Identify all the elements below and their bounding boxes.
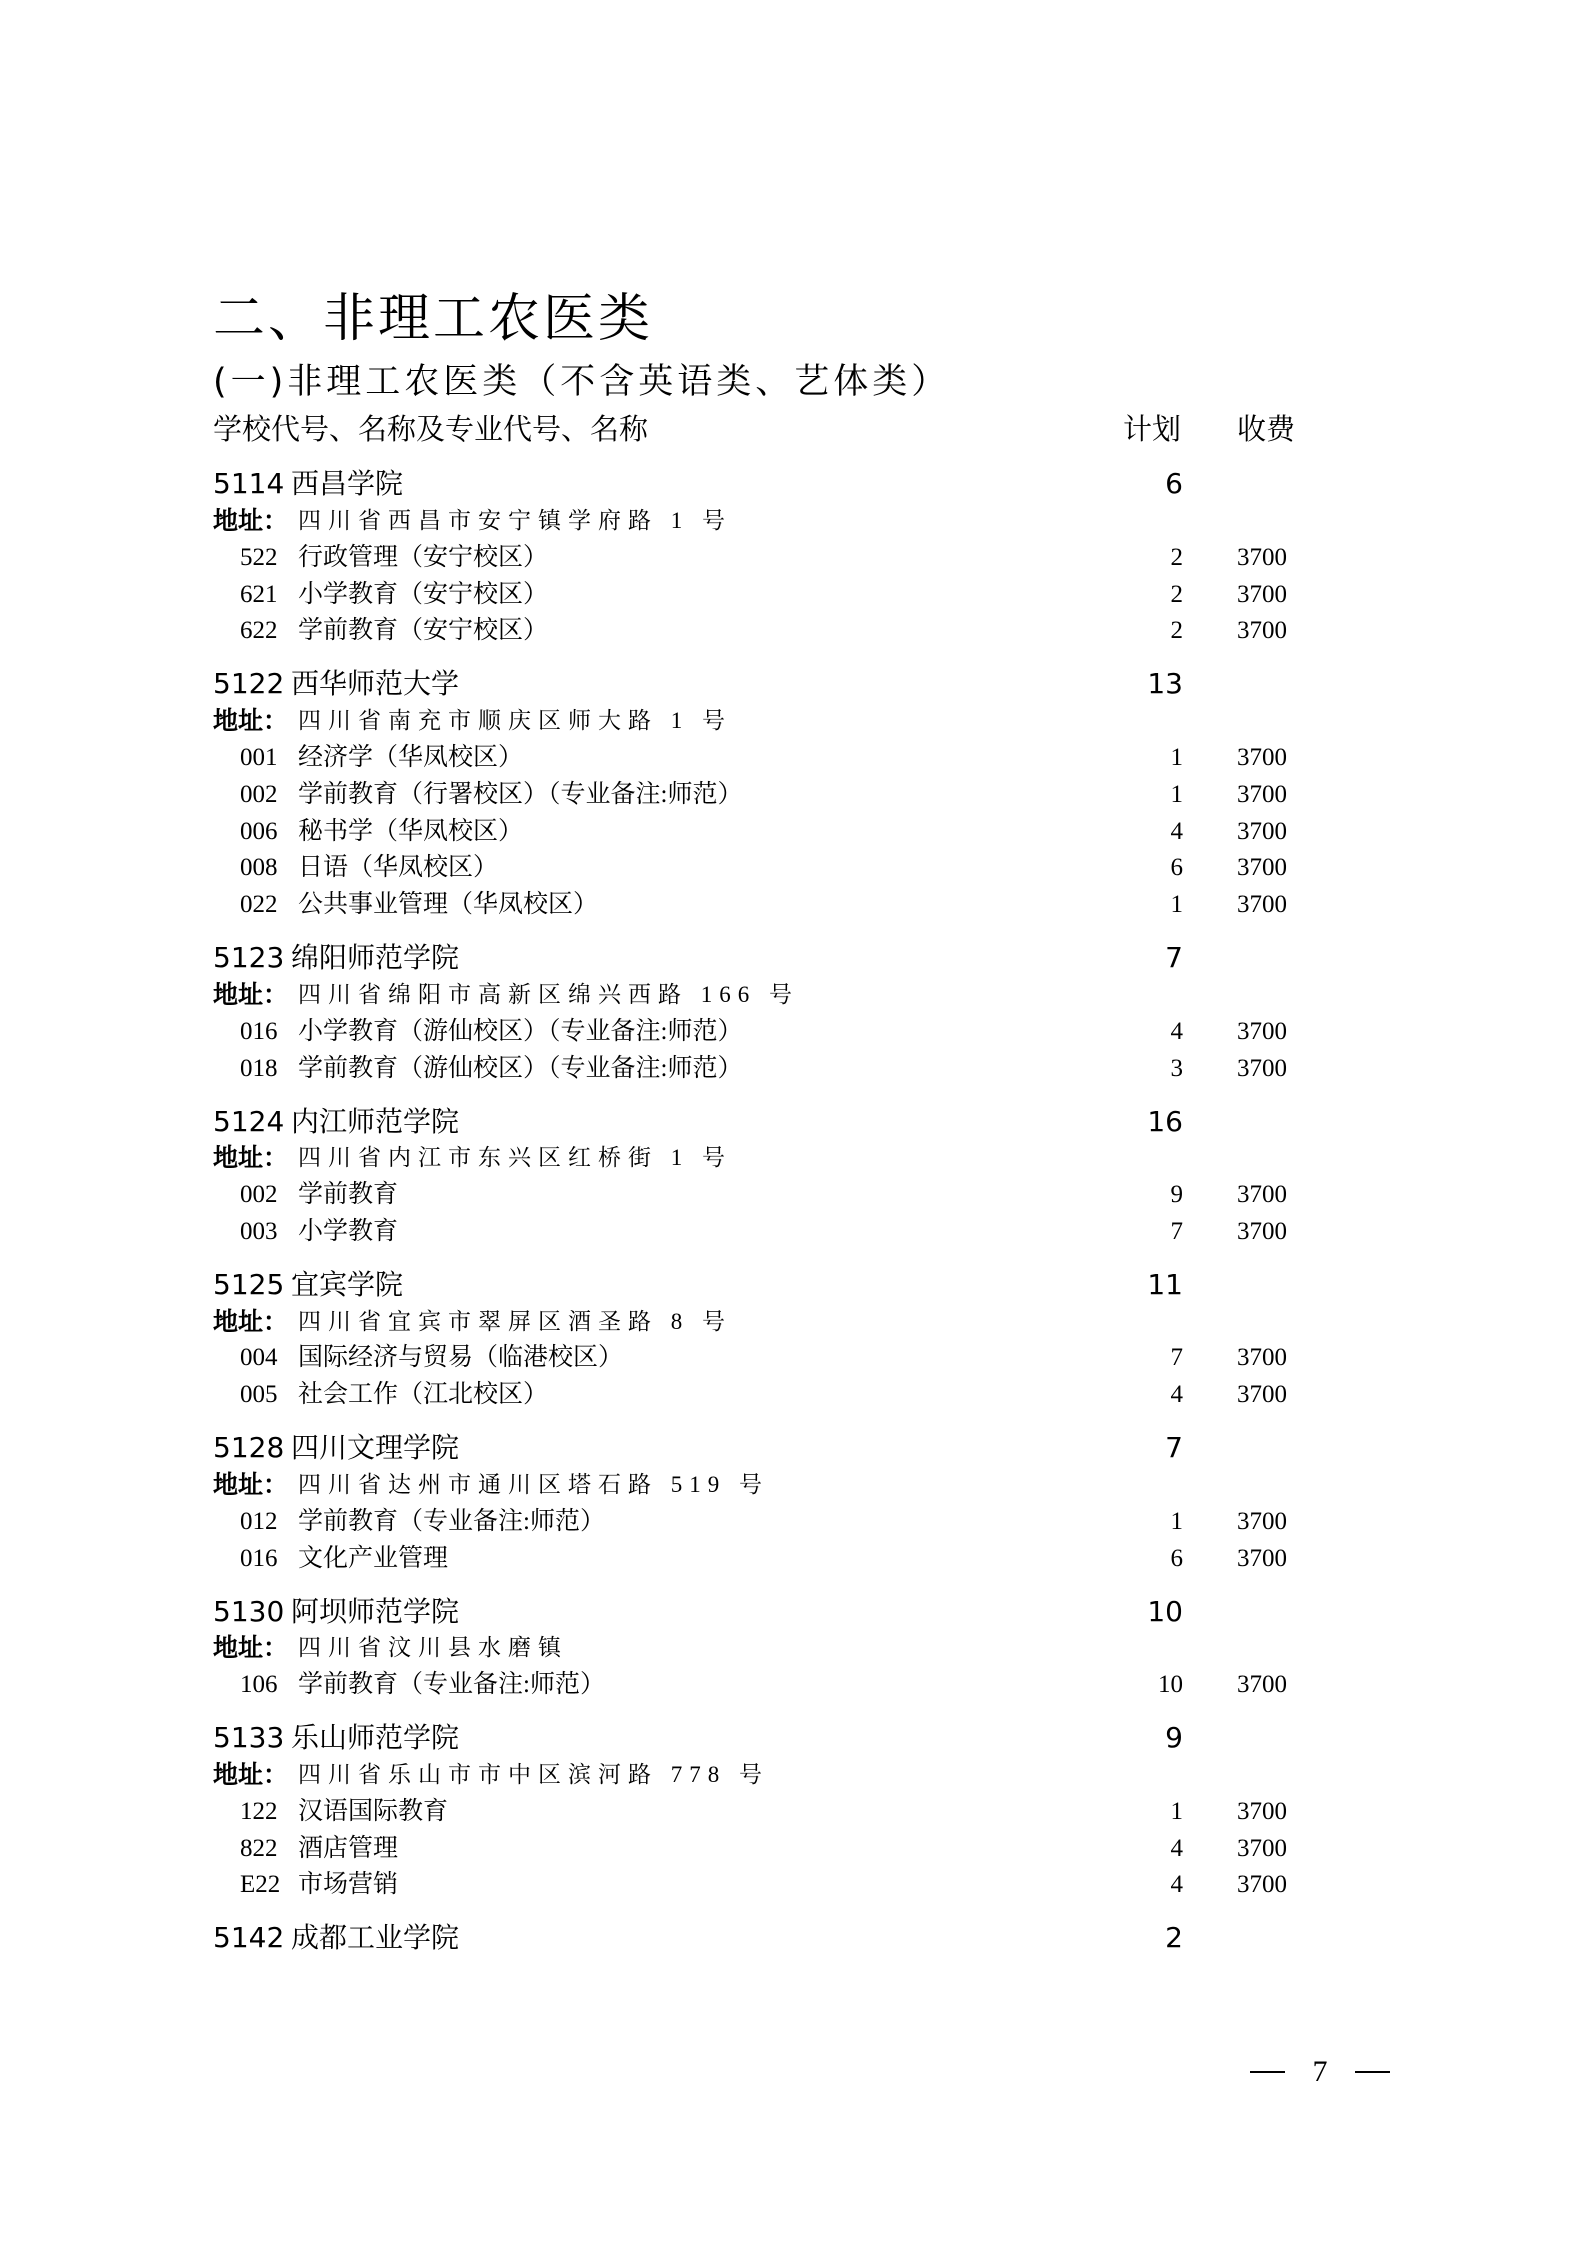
major-code: 022 [240, 887, 278, 924]
major-fee: 3700 [1237, 577, 1287, 614]
major-plan: 1 [1171, 1504, 1184, 1541]
address-row: 地址：四川省内江市东兴区红桥街 1 号 [213, 1140, 1373, 1177]
major-code: E22 [240, 1867, 280, 1904]
major-code: 008 [240, 850, 278, 887]
school-name: 西华师范大学 [291, 666, 459, 703]
major-fee: 3700 [1237, 1831, 1287, 1868]
major-row: 106学前教育（专业备注:师范）103700 [213, 1667, 1373, 1704]
major-name: 秘书学（华凤校区） [298, 814, 523, 851]
major-row: 622学前教育（安宁校区）23700 [213, 613, 1373, 650]
school-code: 5122 [213, 666, 284, 703]
major-row: 012学前教育（专业备注:师范）13700 [213, 1504, 1373, 1541]
school-row: 5125宜宾学院11 [213, 1267, 1373, 1304]
major-code: 016 [240, 1541, 278, 1578]
major-name: 学前教育 [298, 1177, 398, 1214]
major-name: 小学教育 [298, 1214, 398, 1251]
school-row: 5133乐山师范学院9 [213, 1720, 1373, 1757]
major-name: 学前教育（安宁校区） [298, 613, 548, 650]
address-text: 四川省西昌市安宁镇学府路 1 号 [298, 503, 732, 540]
address-row: 地址：四川省宜宾市翠屏区酒圣路 8 号 [213, 1304, 1373, 1341]
major-code: 012 [240, 1504, 278, 1541]
major-plan: 4 [1171, 1014, 1184, 1051]
school-list: 5114西昌学院6地址：四川省西昌市安宁镇学府路 1 号522行政管理（安宁校区… [213, 450, 1373, 1957]
column-header-plan: 计划 [1123, 411, 1181, 447]
address-label: 地址： [213, 1757, 288, 1794]
school-name: 阿坝师范学院 [291, 1594, 459, 1631]
column-header-name: 学校代号、名称及专业代号、名称 [213, 411, 648, 447]
school-row: 5114西昌学院6 [213, 466, 1373, 503]
major-fee: 3700 [1237, 540, 1287, 577]
major-name: 小学教育（安宁校区） [298, 577, 548, 614]
school-code: 5125 [213, 1267, 284, 1304]
school-plan: 7 [1165, 940, 1183, 977]
address-text: 四川省汶川县水磨镇 [298, 1630, 568, 1667]
major-fee: 3700 [1237, 814, 1287, 851]
major-fee: 3700 [1237, 1214, 1287, 1251]
major-name: 小学教育（游仙校区）（专业备注:师范） [298, 1014, 742, 1051]
major-name: 学前教育（专业备注:师范） [298, 1504, 605, 1541]
major-row: 002学前教育（行署校区）（专业备注:师范）13700 [213, 777, 1373, 814]
school-name: 四川文理学院 [291, 1430, 459, 1467]
major-row: E22市场营销43700 [213, 1867, 1373, 1904]
major-plan: 2 [1171, 577, 1184, 614]
major-row: 122汉语国际教育13700 [213, 1794, 1373, 1831]
school-name: 乐山师范学院 [291, 1720, 459, 1757]
major-fee: 3700 [1237, 740, 1287, 777]
major-fee: 3700 [1237, 1377, 1287, 1414]
school-code: 5114 [213, 466, 284, 503]
address-label: 地址： [213, 977, 288, 1014]
major-name: 日语（华凤校区） [298, 850, 498, 887]
major-row: 016小学教育（游仙校区）（专业备注:师范）43700 [213, 1014, 1373, 1051]
address-text: 四川省南充市顺庆区师大路 1 号 [298, 703, 732, 740]
school-name: 成都工业学院 [291, 1920, 459, 1957]
address-row: 地址：四川省汶川县水磨镇 [213, 1630, 1373, 1667]
address-row: 地址：四川省南充市顺庆区师大路 1 号 [213, 703, 1373, 740]
major-code: 522 [240, 540, 278, 577]
major-fee: 3700 [1237, 850, 1287, 887]
major-row: 022公共事业管理（华凤校区）13700 [213, 887, 1373, 924]
major-name: 国际经济与贸易（临港校区） [298, 1340, 623, 1377]
major-row: 621小学教育（安宁校区）23700 [213, 577, 1373, 614]
school-code: 5133 [213, 1720, 284, 1757]
major-name: 市场营销 [298, 1867, 398, 1904]
major-code: 004 [240, 1340, 278, 1377]
major-fee: 3700 [1237, 1504, 1287, 1541]
major-plan: 1 [1171, 740, 1184, 777]
major-fee: 3700 [1237, 777, 1287, 814]
major-row: 016文化产业管理63700 [213, 1541, 1373, 1578]
address-row: 地址：四川省绵阳市高新区绵兴西路 166 号 [213, 977, 1373, 1014]
major-name: 行政管理（安宁校区） [298, 540, 548, 577]
major-plan: 6 [1171, 850, 1184, 887]
address-label: 地址： [213, 1467, 288, 1504]
major-plan: 2 [1171, 540, 1184, 577]
page-number: 7 [1250, 2052, 1390, 2092]
major-plan: 3 [1171, 1051, 1184, 1088]
major-plan: 1 [1171, 1794, 1184, 1831]
major-code: 002 [240, 777, 278, 814]
address-row: 地址：四川省西昌市安宁镇学府路 1 号 [213, 503, 1373, 540]
school-plan: 7 [1165, 1430, 1183, 1467]
address-label: 地址： [213, 1630, 288, 1667]
major-row: 003小学教育73700 [213, 1214, 1373, 1251]
major-plan: 4 [1171, 814, 1184, 851]
major-row: 004国际经济与贸易（临港校区）73700 [213, 1340, 1373, 1377]
major-plan: 7 [1171, 1340, 1184, 1377]
school-row: 5123绵阳师范学院7 [213, 940, 1373, 977]
address-text: 四川省绵阳市高新区绵兴西路 166 号 [298, 977, 799, 1014]
address-label: 地址： [213, 1304, 288, 1341]
address-row: 地址：四川省乐山市市中区滨河路 778 号 [213, 1757, 1373, 1794]
school-code: 5130 [213, 1594, 284, 1631]
page-number-value: 7 [1313, 2052, 1328, 2092]
major-code: 003 [240, 1214, 278, 1251]
major-code: 001 [240, 740, 278, 777]
major-plan: 1 [1171, 777, 1184, 814]
address-label: 地址： [213, 1140, 288, 1177]
school-plan: 2 [1165, 1920, 1183, 1957]
major-fee: 3700 [1237, 887, 1287, 924]
school-row: 5122西华师范大学13 [213, 666, 1373, 703]
school-name: 宜宾学院 [291, 1267, 403, 1304]
major-row: 005社会工作（江北校区）43700 [213, 1377, 1373, 1414]
school-plan: 16 [1147, 1104, 1183, 1141]
address-text: 四川省内江市东兴区红桥街 1 号 [298, 1140, 732, 1177]
major-fee: 3700 [1237, 1541, 1287, 1578]
major-name: 酒店管理 [298, 1831, 398, 1868]
major-code: 822 [240, 1831, 278, 1868]
major-fee: 3700 [1237, 1051, 1287, 1088]
address-text: 四川省乐山市市中区滨河路 778 号 [298, 1757, 769, 1794]
school-code: 5142 [213, 1920, 284, 1957]
subsection-heading: (一)非理工农医类（不含英语类、艺体类） [213, 361, 950, 403]
major-name: 社会工作（江北校区） [298, 1377, 548, 1414]
major-row: 002学前教育93700 [213, 1177, 1373, 1214]
school-plan: 11 [1147, 1267, 1183, 1304]
major-fee: 3700 [1237, 1340, 1287, 1377]
school-plan: 9 [1165, 1720, 1183, 1757]
major-code: 002 [240, 1177, 278, 1214]
school-plan: 6 [1165, 466, 1183, 503]
major-row: 018学前教育（游仙校区）（专业备注:师范）33700 [213, 1051, 1373, 1088]
dash-right [1355, 2071, 1390, 2073]
major-plan: 4 [1171, 1867, 1184, 1904]
school-row: 5124内江师范学院16 [213, 1104, 1373, 1141]
major-plan: 9 [1171, 1177, 1184, 1214]
school-plan: 13 [1147, 666, 1183, 703]
school-row: 5142成都工业学院2 [213, 1920, 1373, 1957]
school-code: 5124 [213, 1104, 284, 1141]
major-name: 学前教育（专业备注:师范） [298, 1667, 605, 1704]
major-fee: 3700 [1237, 1867, 1287, 1904]
major-code: 622 [240, 613, 278, 650]
address-text: 四川省达州市通川区塔石路 519 号 [298, 1467, 769, 1504]
school-name: 内江师范学院 [291, 1104, 459, 1141]
school-row: 5128四川文理学院7 [213, 1430, 1373, 1467]
major-fee: 3700 [1237, 1014, 1287, 1051]
major-row: 001经济学（华凤校区）13700 [213, 740, 1373, 777]
major-fee: 3700 [1237, 1794, 1287, 1831]
major-code: 122 [240, 1794, 278, 1831]
major-name: 经济学（华凤校区） [298, 740, 523, 777]
major-code: 106 [240, 1667, 278, 1704]
major-code: 018 [240, 1051, 278, 1088]
major-code: 006 [240, 814, 278, 851]
major-name: 学前教育（游仙校区）（专业备注:师范） [298, 1051, 742, 1088]
major-code: 621 [240, 577, 278, 614]
school-plan: 10 [1147, 1594, 1183, 1631]
major-fee: 3700 [1237, 1667, 1287, 1704]
school-name: 西昌学院 [291, 466, 403, 503]
major-plan: 10 [1158, 1667, 1183, 1704]
major-row: 822酒店管理43700 [213, 1831, 1373, 1868]
address-row: 地址：四川省达州市通川区塔石路 519 号 [213, 1467, 1373, 1504]
major-plan: 1 [1171, 887, 1184, 924]
section-heading: 二、非理工农医类 [213, 288, 653, 350]
major-row: 008日语（华凤校区）63700 [213, 850, 1373, 887]
major-row: 522行政管理（安宁校区）23700 [213, 540, 1373, 577]
major-name: 学前教育（行署校区）（专业备注:师范） [298, 777, 742, 814]
school-row: 5130阿坝师范学院10 [213, 1594, 1373, 1631]
address-label: 地址： [213, 503, 288, 540]
major-plan: 4 [1171, 1831, 1184, 1868]
major-row: 006秘书学（华凤校区）43700 [213, 814, 1373, 851]
major-name: 文化产业管理 [298, 1541, 448, 1578]
major-plan: 6 [1171, 1541, 1184, 1578]
major-code: 016 [240, 1014, 278, 1051]
major-fee: 3700 [1237, 1177, 1287, 1214]
major-plan: 4 [1171, 1377, 1184, 1414]
school-name: 绵阳师范学院 [291, 940, 459, 977]
address-text: 四川省宜宾市翠屏区酒圣路 8 号 [298, 1304, 732, 1341]
major-plan: 7 [1171, 1214, 1184, 1251]
major-plan: 2 [1171, 613, 1184, 650]
major-fee: 3700 [1237, 613, 1287, 650]
address-label: 地址： [213, 703, 288, 740]
column-header-row: 学校代号、名称及专业代号、名称 计划 收费 [213, 411, 1373, 447]
dash-left [1250, 2071, 1285, 2073]
school-code: 5128 [213, 1430, 284, 1467]
major-code: 005 [240, 1377, 278, 1414]
column-header-fee: 收费 [1237, 411, 1295, 447]
major-name: 公共事业管理（华凤校区） [298, 887, 598, 924]
major-name: 汉语国际教育 [298, 1794, 448, 1831]
school-code: 5123 [213, 940, 284, 977]
